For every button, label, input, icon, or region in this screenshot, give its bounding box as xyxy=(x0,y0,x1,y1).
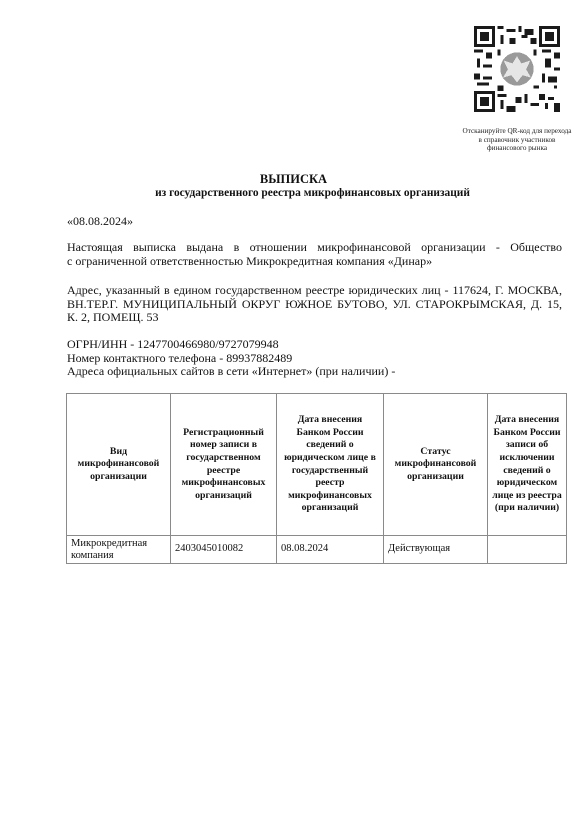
cell-inclusion-date: 08.08.2024 xyxy=(277,536,384,564)
document-date: «08.08.2024» xyxy=(67,215,133,229)
qr-caption: Отсканируйте QR-код для перехода в справ… xyxy=(462,127,572,153)
qr-code-icon xyxy=(473,26,561,112)
cell-status: Действующая xyxy=(384,536,488,564)
issued-paragraph: Настоящая выписка выдана в отношении мик… xyxy=(67,241,562,268)
address-paragraph: Адрес, указанный в едином государственно… xyxy=(67,284,562,325)
document-title: ВЫПИСКА xyxy=(0,172,587,186)
table-row: Микрокредитная компания 2403045010082 08… xyxy=(67,536,567,564)
address-line-3: К. 2, ПОМЕЩ. 53 xyxy=(67,310,158,324)
requisites-block: ОГРН/ИНН - 1247700466980/9727079948 Номе… xyxy=(67,338,395,379)
header-status: Статус микрофинансовой организации xyxy=(384,394,488,536)
ogrn-inn: ОГРН/ИНН - 1247700466980/9727079948 xyxy=(67,338,395,352)
document-subtitle: из государственного реестра микрофинансо… xyxy=(0,186,587,200)
address-line-2: ВН.ТЕР.Г. МУНИЦИПАЛЬНЫЙ ОКРУГ ЮЖНОЕ БУТО… xyxy=(67,298,562,312)
header-reg-number: Регистрационный номер записи в государст… xyxy=(171,394,277,536)
registry-table: Вид микрофинансовой организации Регистра… xyxy=(66,393,567,564)
issued-line-1: Настоящая выписка выдана в отношении мик… xyxy=(67,241,562,255)
contact-phone: Номер контактного телефона - 89937882489 xyxy=(67,352,395,366)
address-line-1: Адрес, указанный в едином государственно… xyxy=(67,284,562,298)
header-exclusion-date: Дата внесения Банком России записи об ис… xyxy=(488,394,567,536)
official-websites: Адреса официальных сайтов в сети «Интерн… xyxy=(67,365,395,379)
cell-reg-number: 2403045010082 xyxy=(171,536,277,564)
table-header-row: Вид микрофинансовой организации Регистра… xyxy=(67,394,567,536)
cell-exclusion-date xyxy=(488,536,567,564)
issued-line-2: с ограниченной ответственностью Микрокре… xyxy=(67,254,432,268)
cell-org-type: Микрокредитная компания xyxy=(67,536,171,564)
header-org-type: Вид микрофинансовой организации xyxy=(67,394,171,536)
header-inclusion-date: Дата внесения Банком России сведений о ю… xyxy=(277,394,384,536)
